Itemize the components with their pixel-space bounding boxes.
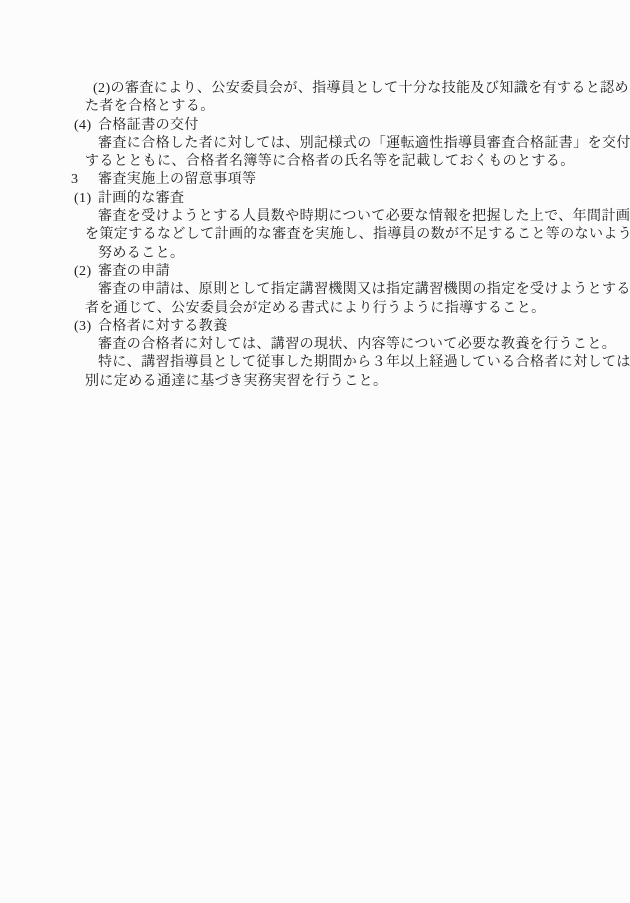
line-text: 努めること。	[98, 246, 184, 261]
text-line: 審査を受けようとする人員数や時期について必要な情報を把握した上で、年間計画	[0, 208, 630, 226]
text-line: 審査に合格した者に対しては、別記様式の「運転適性指導員審査合格証書」を交付	[0, 135, 630, 153]
line-text: 審査の申請	[98, 264, 170, 279]
text-line-item-heading: (3)合格者に対する教養	[0, 318, 630, 336]
document-page: (2)の審査により、公安委員会が、指導員として十分な技能及び知識を有すると認め …	[0, 0, 630, 903]
text-line: 審査の申請は、原則として指定講習機関又は指定講習機関の指定を受けようとする	[0, 281, 630, 299]
text-line: (2)の審査により、公安委員会が、指導員として十分な技能及び知識を有すると認め	[0, 80, 630, 98]
line-text: 審査を受けようとする人員数や時期について必要な情報を把握した上で、年間計画	[98, 209, 630, 224]
line-text: 審査の合格者に対しては、講習の現状、内容等について必要な教養を行うこと。	[98, 337, 616, 352]
line-text: 特に、講習指導員として従事した期間から３年以上経過している合格者に対しては、	[98, 355, 630, 370]
text-line-item-heading: (1)計画的な審査	[0, 190, 630, 208]
text-line: た者を合格とする。	[0, 98, 630, 116]
line-text: 審査に合格した者に対しては、別記様式の「運転適性指導員審査合格証書」を交付	[98, 136, 630, 151]
text-line: を策定するなどして計画的な審査を実施し、指導員の数が不足すること等のないよう	[0, 226, 630, 244]
line-text: 合格者に対する教養	[98, 319, 228, 334]
section-number: 3	[71, 171, 98, 189]
line-text: 審査実施上の留意事項等	[98, 172, 256, 187]
text-line: 努めること。	[0, 245, 630, 263]
line-text: 計画的な審査	[98, 191, 184, 206]
text-line: 者を通じて、公安委員会が定める書式により行うように指導すること。	[0, 300, 630, 318]
document-text-block: (2)の審査により、公安委員会が、指導員として十分な技能及び知識を有すると認め …	[0, 80, 630, 391]
item-marker: (3)	[74, 318, 98, 336]
line-text: (2)の審査により、公安委員会が、指導員として十分な技能及び知識を有すると認め	[93, 81, 629, 96]
line-text: 別に定める通達に基づき実務実習を行うこと。	[85, 374, 387, 389]
line-text: た者を合格とする。	[85, 99, 215, 114]
text-line: するとともに、合格者名簿等に合格者の氏名等を記載しておくものとする。	[0, 153, 630, 171]
text-line: 特に、講習指導員として従事した期間から３年以上経過している合格者に対しては、	[0, 354, 630, 372]
line-text: するとともに、合格者名簿等に合格者の氏名等を記載しておくものとする。	[85, 154, 575, 169]
text-line: 審査の合格者に対しては、講習の現状、内容等について必要な教養を行うこと。	[0, 336, 630, 354]
line-text: 審査の申請は、原則として指定講習機関又は指定講習機関の指定を受けようとする	[98, 282, 630, 297]
text-line-item-heading: (2)審査の申請	[0, 263, 630, 281]
item-marker: (4)	[74, 117, 98, 135]
text-line-item-heading: (4)合格証書の交付	[0, 117, 630, 135]
item-marker: (1)	[74, 190, 98, 208]
line-text: 者を通じて、公安委員会が定める書式により行うように指導すること。	[85, 301, 546, 316]
item-marker: (2)	[74, 263, 98, 281]
text-line: 別に定める通達に基づき実務実習を行うこと。	[0, 373, 630, 391]
line-text: を策定するなどして計画的な審査を実施し、指導員の数が不足すること等のないよう	[85, 227, 630, 242]
line-text: 合格証書の交付	[98, 118, 199, 133]
text-line-section-heading: 3審査実施上の留意事項等	[0, 171, 630, 189]
